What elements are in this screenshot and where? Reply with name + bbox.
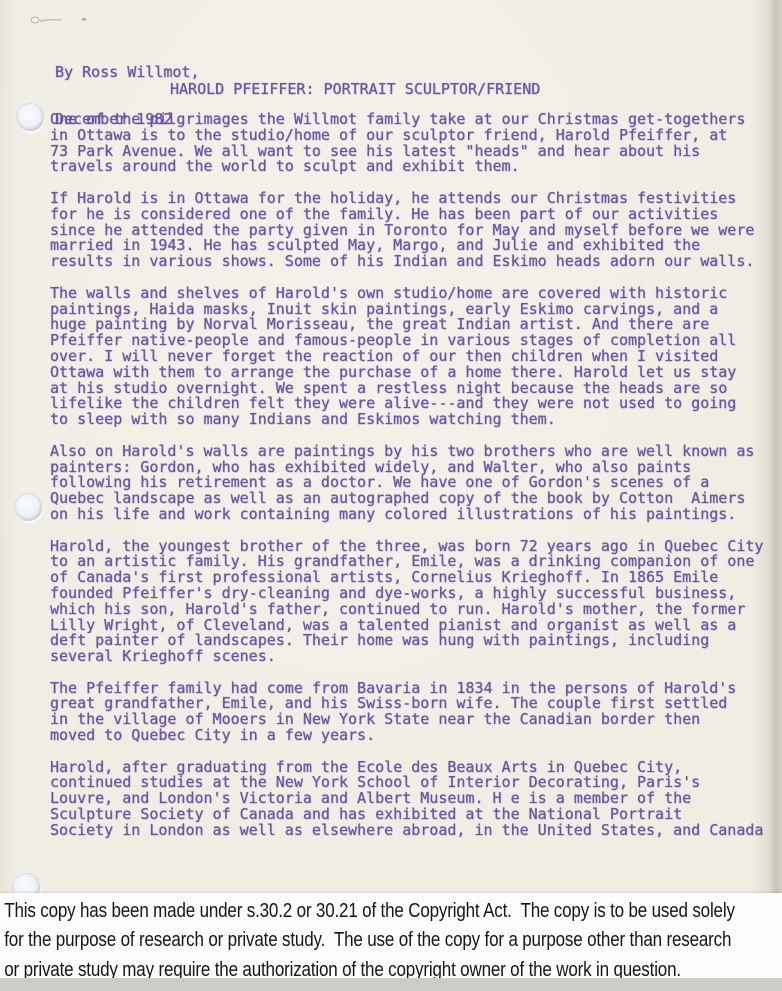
punch-hole-middle [15, 494, 42, 521]
paragraph-1: One of the pilgrimages the Willmot famil… [50, 112, 776, 175]
scanned-document-page: By Ross Willmot, December 1982 HAROLD PF… [0, 0, 782, 991]
byline-author: By Ross Willmot, [55, 65, 200, 81]
paragraph-7: Harold, after graduating from the Ecole … [50, 760, 776, 839]
copyright-notice: This copy has been made under s.30.2 or … [0, 893, 782, 978]
scan-bottom-bar [0, 978, 782, 991]
punch-hole-top [17, 104, 44, 131]
paper-sheet: By Ross Willmot, December 1982 HAROLD PF… [0, 0, 782, 893]
document-body: One of the pilgrimages the Willmot famil… [50, 112, 776, 854]
paragraph-4: Also on Harold's walls are paintings by … [50, 444, 776, 523]
paragraph-3: The walls and shelves of Harold's own st… [50, 286, 776, 428]
copyright-strip: This copy has been made under s.30.2 or … [0, 893, 782, 978]
paragraph-2: If Harold is in Ottawa for the holiday, … [50, 191, 776, 270]
pencil-squiggle-icon [30, 13, 92, 27]
document-title: HAROLD PFEIFFER: PORTRAIT SCULPTOR/FRIEN… [170, 82, 540, 98]
paragraph-6: The Pfeiffer family had come from Bavari… [50, 681, 776, 744]
paragraph-5: Harold, the youngest brother of the thre… [50, 539, 776, 665]
paper-right-edge-shadow [768, 0, 782, 893]
pencil-mark [30, 12, 92, 26]
